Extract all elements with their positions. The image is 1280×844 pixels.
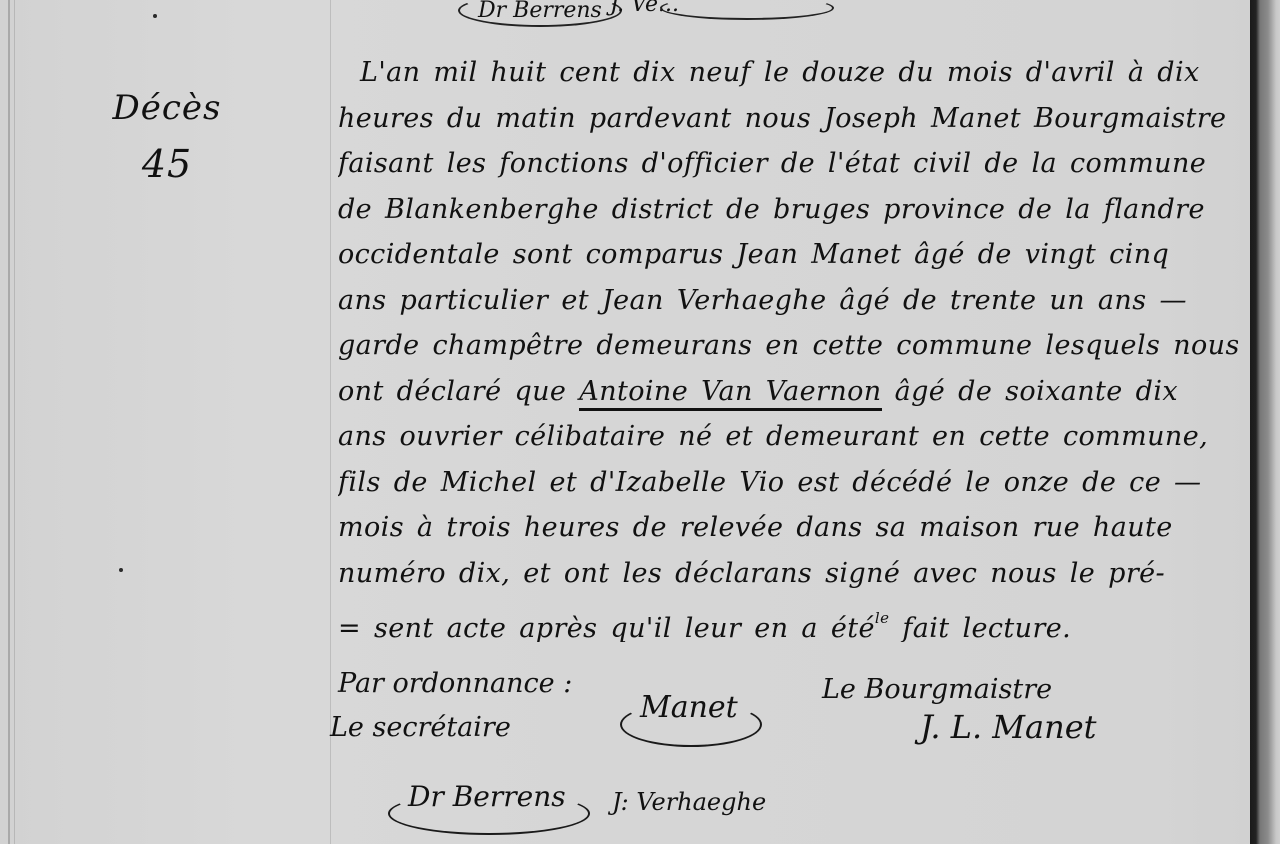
body-line: garde champêtre demeurans en cette commu… <box>338 323 1238 369</box>
binding-edge-line <box>8 0 10 844</box>
act-body: L'an mil huit cent dix neuf le douze du … <box>338 50 1238 642</box>
bourgmestre-label: Le Bourgmaistre <box>822 674 1052 705</box>
page-right-edge <box>1250 0 1280 844</box>
ink-speck <box>119 568 123 572</box>
body-line: occidentale sont comparus Jean Manet âgé… <box>338 232 1238 278</box>
signature-mayor: J. L. Manet <box>920 708 1097 746</box>
body-line-prefix: = sent acte après qu'il leur en a été <box>338 613 875 642</box>
body-line: L'an mil huit cent dix neuf le douze du … <box>338 50 1238 96</box>
body-line: mois à trois heures de relevée dans sa m… <box>338 505 1238 551</box>
body-line: fils de Michel et d'Izabelle Vio est déc… <box>338 460 1238 506</box>
signature-declarant-1: Manet <box>640 690 738 725</box>
body-line-suffix: fait lecture. <box>902 613 1071 642</box>
body-line-prefix: ont déclaré que <box>338 376 566 407</box>
body-line: ans ouvrier célibataire né et demeurant … <box>338 414 1238 460</box>
document-page: Dr Berrens J. Ve... Décès 45 L'an mil hu… <box>0 0 1280 844</box>
previous-signature-left: Dr Berrens <box>458 0 622 27</box>
signature-secretary: Dr Berrens <box>408 780 566 813</box>
binding-edge-line-inner <box>14 0 15 844</box>
signature-flourish <box>660 0 834 20</box>
superscript-mark: le <box>875 609 889 627</box>
margin-note: Décès 45 <box>112 80 222 192</box>
margin-note-label: Décès <box>112 80 222 136</box>
body-line-final: = sent acte après qu'il leur en a étéle … <box>338 596 1238 642</box>
signature-declarant-2: J: Verhaeghe <box>612 788 766 816</box>
par-ordonnance-label: Par ordonnance : <box>338 668 572 699</box>
body-line: de Blankenberghe district de bruges prov… <box>338 187 1238 233</box>
body-line: heures du matin pardevant nous Joseph Ma… <box>338 96 1238 142</box>
secretaire-label: Le secrétaire <box>330 712 511 743</box>
body-line: faisant les fonctions d'officier de l'ét… <box>338 141 1238 187</box>
body-line-suffix: âgé de soixante dix <box>895 376 1178 407</box>
previous-act-signatures: Dr Berrens J. Ve... <box>420 0 840 26</box>
body-line: numéro dix, et ont les déclarans signé a… <box>338 551 1238 597</box>
margin-note-number: 45 <box>112 136 222 192</box>
body-line: ans particulier et Jean Verhaeghe âgé de… <box>338 278 1238 324</box>
deceased-name: Antoine Van Vaernon <box>579 376 881 411</box>
body-line-deceased: ont déclaré que Antoine Van Vaernon âgé … <box>338 369 1238 415</box>
closing-block: Par ordonnance : Le secrétaire Le Bourgm… <box>330 660 1250 844</box>
ink-speck <box>153 14 157 18</box>
